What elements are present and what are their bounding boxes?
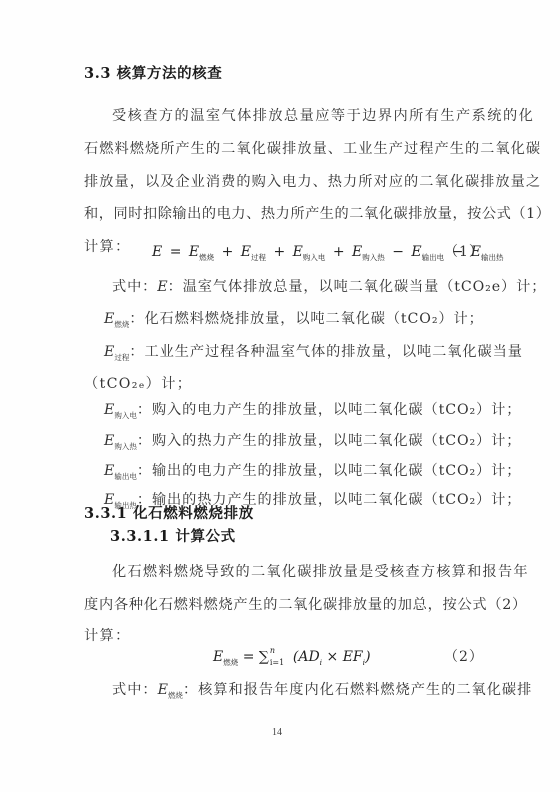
definition-text: ：工业生产过程各种温室气体的排放量，以吨二氧化碳当量 xyxy=(129,344,523,360)
eq-symbol: E xyxy=(104,463,114,479)
definition-intro: 式中： xyxy=(112,279,157,295)
eq-symbol: E xyxy=(158,682,168,698)
eq-symbol: E xyxy=(352,244,362,260)
eq-symbol: E xyxy=(293,244,303,260)
eq-symbol: E xyxy=(411,244,421,260)
eq-symbol: E xyxy=(241,244,251,260)
eq-term: ) xyxy=(365,649,370,665)
eq-subscript: 燃烧 xyxy=(223,658,238,667)
eq-subscript: 输出电 xyxy=(114,472,137,481)
eq-subscript: 过程 xyxy=(251,253,266,262)
definition-text: ：购入的热力产生的排放量，以吨二氧化碳（tCO₂）计； xyxy=(137,433,522,449)
definition-text: ：化石燃料燃烧排放量，以吨二氧化碳（tCO₂）计； xyxy=(129,311,483,327)
eq-operator: − xyxy=(389,244,407,260)
paragraph-line: 排放量，以及企业消费的购入电力、热力所对应的二氧化碳排放量之 xyxy=(84,172,478,192)
eq-symbol: E xyxy=(213,649,223,665)
eq-symbol: E xyxy=(104,344,114,360)
paragraph-line: 计算： xyxy=(84,626,478,646)
eq-term: (AD xyxy=(293,649,320,665)
equation-number: （2） xyxy=(444,647,484,667)
section-heading: 3.3 核算方法的核查 xyxy=(84,64,478,84)
definition-text: ：购入的电力产生的排放量，以吨二氧化碳（tCO₂）计； xyxy=(137,402,522,418)
subsection-heading: 3.3.1 化石燃料燃烧排放 xyxy=(84,504,478,524)
eq-symbol: E xyxy=(104,402,114,418)
eq-subscript: 燃烧 xyxy=(199,253,214,262)
definition-text: ：核算和报告年度内化石燃料燃烧产生的二氧化碳排 xyxy=(183,682,532,698)
sum-limits: ni=1 xyxy=(269,651,293,661)
eq-term: × EF xyxy=(322,649,363,665)
eq-subscript: 过程 xyxy=(114,353,129,362)
eq-symbol: E xyxy=(189,244,199,260)
sum-lower-limit: i=1 xyxy=(270,653,284,673)
sum-operator: = ∑ xyxy=(243,649,269,665)
definition-text: ：温室气体排放总量，以吨二氧化碳当量（tCO₂e）计； xyxy=(168,279,547,295)
equation-2: E燃烧 = ∑ni=1(ADi × EFi) xyxy=(213,647,371,673)
definition-continuation: （tCO₂ₑ）计； xyxy=(84,374,478,394)
eq-operator: = xyxy=(167,244,185,260)
subsubsection-heading: 3.3.1.1 计算公式 xyxy=(110,527,504,547)
equation-number: （1） xyxy=(444,242,484,262)
definition-line: E购入热：购入的热力产生的排放量，以吨二氧化碳（tCO₂）计； xyxy=(104,431,498,457)
definition-line: E输出电：输出的电力产生的排放量，以吨二氧化碳（tCO₂）计； xyxy=(104,461,498,487)
paragraph-line: 和，同时扣除输出的电力、热力所产生的二氧化碳排放量，按公式（1） xyxy=(84,204,478,224)
paragraph-line: 化石燃料燃烧导致的二氧化碳排放量是受核查方核算和报告年 xyxy=(112,562,506,582)
eq-symbol: E xyxy=(104,433,114,449)
definition-line: 式中：E：温室气体排放总量，以吨二氧化碳当量（tCO₂e）计； xyxy=(112,277,506,297)
eq-subscript: 购入热 xyxy=(362,253,385,262)
eq-operator: + xyxy=(219,244,237,260)
eq-operator: + xyxy=(330,244,348,260)
definition-line: E过程：工业生产过程各种温室气体的排放量，以吨二氧化碳当量 xyxy=(104,342,498,368)
paragraph-line: 度内各种化石燃料燃烧产生的二氧化碳排放量的加总，按公式（2） xyxy=(84,595,478,615)
eq-subscript: 购入热 xyxy=(114,442,137,451)
definition-line: 式中：E燃烧：核算和报告年度内化石燃料燃烧产生的二氧化碳排 xyxy=(112,680,506,706)
definition-text: ：输出的电力产生的排放量，以吨二氧化碳（tCO₂）计； xyxy=(137,463,522,479)
eq-subscript: 燃烧 xyxy=(114,320,129,329)
eq-symbol: E xyxy=(152,244,162,260)
eq-subscript: 购入电 xyxy=(303,253,326,262)
eq-symbol: E xyxy=(104,311,114,327)
eq-operator: + xyxy=(270,244,288,260)
document-page: 3.3 核算方法的核查 受核查方的温室气体排放总量应等于边界内所有生产系统的化 … xyxy=(0,0,560,792)
eq-subscript: 输出热 xyxy=(481,253,504,262)
eq-subscript: 购入电 xyxy=(114,411,137,420)
eq-subscript: 输出电 xyxy=(422,253,445,262)
paragraph-line: 石燃料燃烧所产生的二氧化碳排放量、工业生产过程产生的二氧化碳 xyxy=(84,139,478,159)
definition-line: E燃烧：化石燃料燃烧排放量，以吨二氧化碳（tCO₂）计； xyxy=(104,309,498,335)
paragraph-line: 受核查方的温室气体排放总量应等于边界内所有生产系统的化 xyxy=(112,106,478,126)
eq-symbol: E xyxy=(157,279,167,295)
eq-subscript: 燃烧 xyxy=(168,691,183,700)
definition-intro: 式中： xyxy=(112,682,158,698)
definition-line: E购入电：购入的电力产生的排放量，以吨二氧化碳（tCO₂）计； xyxy=(104,400,498,426)
page-number: 14 xyxy=(272,727,282,738)
